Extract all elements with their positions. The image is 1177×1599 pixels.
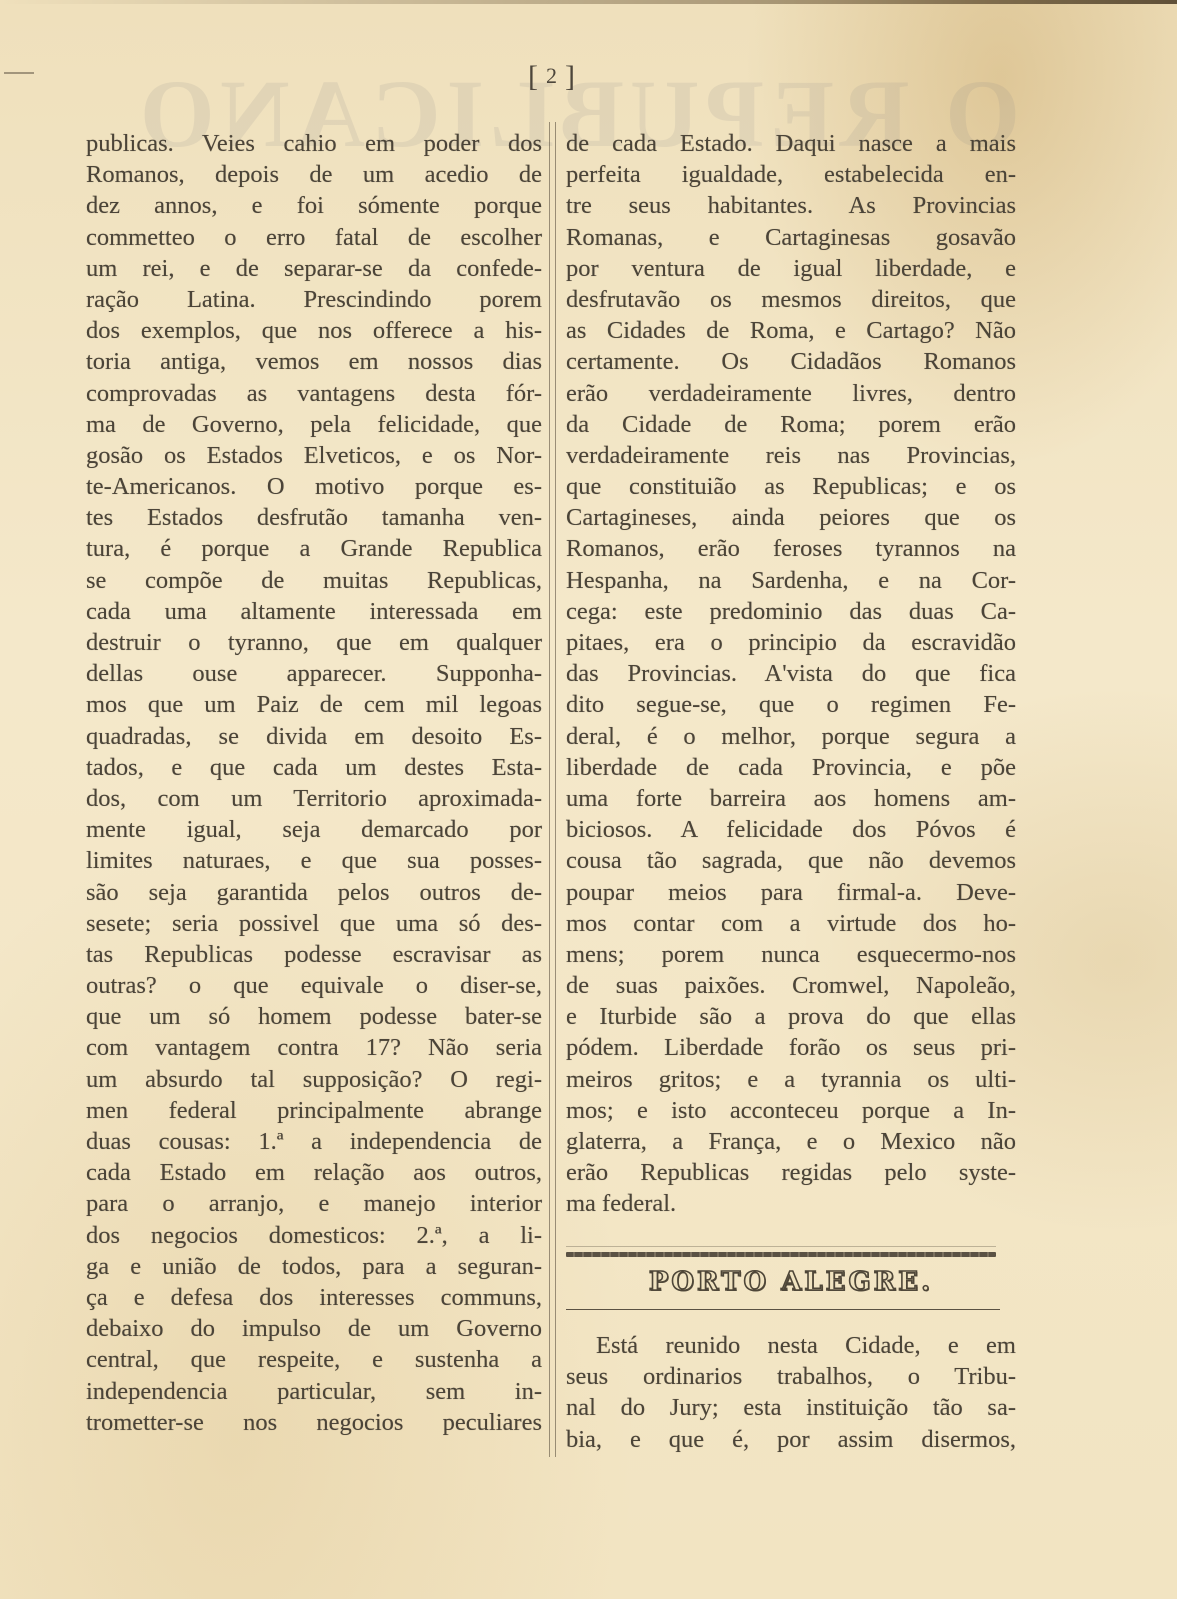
text-line: destruir o tyranno, que em qualquer: [86, 627, 542, 658]
text-line: dos, com um Territorio aproximada-: [86, 783, 542, 814]
text-line: de suas paixões. Cromwel, Napoleão,: [566, 970, 1016, 1001]
margin-mark: [4, 72, 34, 74]
text-line: ma de Governo, pela felicidade, que: [86, 409, 542, 440]
text-line: comprovadas as vantagens desta fór-: [86, 378, 542, 409]
section-heading-porto-alegre: PORTO ALEGRE.: [566, 1267, 1016, 1297]
text-line: mente igual, seja demarcado por: [86, 814, 542, 845]
text-line: ga e união de todos, para a seguran-: [86, 1251, 542, 1282]
text-line: de cada Estado. Daqui nasce a mais: [566, 128, 1016, 159]
page-number-value: 2: [540, 63, 565, 88]
page-number-bracket-close: ]: [565, 60, 577, 93]
text-line: glaterra, a França, e o Mexico não: [566, 1126, 1016, 1157]
text-line: publicas. Veies cahio em poder dos: [86, 128, 542, 159]
text-line: erão verdadeiramente livres, dentro: [566, 378, 1016, 409]
text-line: das Provincias. A'vista do que fica: [566, 658, 1016, 689]
text-line: Romanos, depois de um acedio de: [86, 159, 542, 190]
text-line: dez annos, e foi sómente porque: [86, 190, 542, 221]
text-line: e Iturbide são a prova do que ellas: [566, 1001, 1016, 1032]
section-heading-rule: [566, 1309, 1000, 1310]
right-column: de cada Estado. Daqui nasce a mais perfe…: [566, 128, 1016, 1220]
text-line: cada Estado em relação aos outros,: [86, 1157, 542, 1188]
text-line: um absurdo tal supposição? O regi-: [86, 1064, 542, 1095]
text-line: tura, é porque a Grande Republica: [86, 533, 542, 564]
porto-alegre-article: Está reunido nesta Cidade, e em seus ord…: [566, 1330, 1016, 1455]
text-line: ração Latina. Prescindindo porem: [86, 284, 542, 315]
text-line: tas Republicas podesse escravisar as: [86, 939, 542, 970]
text-line: pódem. Liberdade forão os seus pri-: [566, 1032, 1016, 1063]
text-line: que constituião as Republicas; e os: [566, 471, 1016, 502]
text-line: toria antiga, vemos em nossos dias: [86, 346, 542, 377]
page-top-edge: [0, 0, 1177, 4]
text-line: Hespanha, na Sardenha, e na Cor-: [566, 565, 1016, 596]
text-line: ça e defesa dos interesses communs,: [86, 1282, 542, 1313]
text-line: men federal principalmente abrange: [86, 1095, 542, 1126]
text-line: por ventura de igual liberdade, e: [566, 253, 1016, 284]
text-line: debaixo do impulso de um Governo: [86, 1313, 542, 1344]
text-line: poupar meios para firmal-a. Deve-: [566, 877, 1016, 908]
text-line: limites naturaes, e que sua posses-: [86, 845, 542, 876]
text-line: um rei, e de separar-se da confede-: [86, 253, 542, 284]
text-line: tes Estados desfrutão tamanha ven-: [86, 502, 542, 533]
left-column: publicas. Veies cahio em poder dos Roman…: [86, 128, 542, 1438]
text-line: desfrutavão os mesmos direitos, que: [566, 284, 1016, 315]
text-line: são seja garantida pelos outros de-: [86, 877, 542, 908]
text-line: dellas ouse apparecer. Supponha-: [86, 658, 542, 689]
text-line: mos; e isto acconteceu porque a In-: [566, 1095, 1016, 1126]
text-line: Romanos, erão feroses tyrannos na: [566, 533, 1016, 564]
text-line: gosão os Estados Elveticos, e os Nor-: [86, 440, 542, 471]
text-line: pitaes, era o principio da escravidão: [566, 627, 1016, 658]
text-line: ma federal.: [566, 1188, 1016, 1219]
text-line: seus ordinarios trabalhos, o Tribu-: [566, 1361, 1016, 1392]
text-line: cada uma altamente interessada em: [86, 596, 542, 627]
text-line: erão Republicas regidas pelo syste-: [566, 1157, 1016, 1188]
text-line: dito segue-se, que o regimen Fe-: [566, 689, 1016, 720]
page-number: [2]: [528, 60, 577, 94]
text-line: tre seus habitantes. As Provincias: [566, 190, 1016, 221]
text-line: da Cidade de Roma; porem erão: [566, 409, 1016, 440]
section-divider-hairline: [566, 1246, 996, 1247]
page-number-bracket-open: [: [528, 60, 540, 93]
text-line: Está reunido nesta Cidade, e em: [566, 1330, 1016, 1361]
text-line: independencia particular, sem in-: [86, 1376, 542, 1407]
text-line: as Cidades de Roma, e Cartago? Não: [566, 315, 1016, 346]
text-line: duas cousas: 1.ª a independencia de: [86, 1126, 542, 1157]
text-line: sesete; seria possivel que uma só des-: [86, 908, 542, 939]
text-line: mos que um Paiz de cem mil legoas: [86, 689, 542, 720]
text-line: te-Americanos. O motivo porque es-: [86, 471, 542, 502]
text-line: certamente. Os Cidadãos Romanos: [566, 346, 1016, 377]
text-line: cousa tão sagrada, que não devemos: [566, 845, 1016, 876]
text-line: outras? o que equivale o diser-se,: [86, 970, 542, 1001]
text-line: para o arranjo, e manejo interior: [86, 1188, 542, 1219]
text-line: meiros gritos; e a tyrannia os ulti-: [566, 1064, 1016, 1095]
text-line: central, que respeite, e sustenha a: [86, 1344, 542, 1375]
section-divider-ornament: [566, 1252, 996, 1257]
text-line: tados, e que cada um destes Esta-: [86, 752, 542, 783]
text-line: quadradas, se divida em desoito Es-: [86, 721, 542, 752]
text-line: verdadeiramente reis nas Provincias,: [566, 440, 1016, 471]
text-line: deral, é o melhor, porque segura a: [566, 721, 1016, 752]
text-line: mos contar com a virtude dos ho-: [566, 908, 1016, 939]
text-line: com vantagem contra 17? Não seria: [86, 1032, 542, 1063]
text-line: uma forte barreira aos homens am-: [566, 783, 1016, 814]
text-line: liberdade de cada Provincia, e põe: [566, 752, 1016, 783]
text-line: commetteo o erro fatal de escolher: [86, 222, 542, 253]
text-line: mens; porem nunca esquecermo-nos: [566, 939, 1016, 970]
text-line: Romanas, e Cartaginesas gosavão: [566, 222, 1016, 253]
text-line: se compõe de muitas Republicas,: [86, 565, 542, 596]
text-line: dos exemplos, que nos offerece a his-: [86, 315, 542, 346]
text-line: perfeita igualdade, estabelecida en-: [566, 159, 1016, 190]
text-line: dos negocios domesticos: 2.ª, a li-: [86, 1220, 542, 1251]
text-line: nal do Jury; esta instituição tão sa-: [566, 1392, 1016, 1423]
column-divider-rule: [549, 122, 556, 1457]
text-line: Cartagineses, ainda peiores que os: [566, 502, 1016, 533]
text-line: que um só homem podesse bater-se: [86, 1001, 542, 1032]
text-line: biciosos. A felicidade dos Póvos é: [566, 814, 1016, 845]
text-line: bia, e que é, por assim disermos,: [566, 1424, 1016, 1455]
text-line: trometter-se nos negocios peculiares: [86, 1407, 542, 1438]
text-line: cega: este predominio das duas Ca-: [566, 596, 1016, 627]
